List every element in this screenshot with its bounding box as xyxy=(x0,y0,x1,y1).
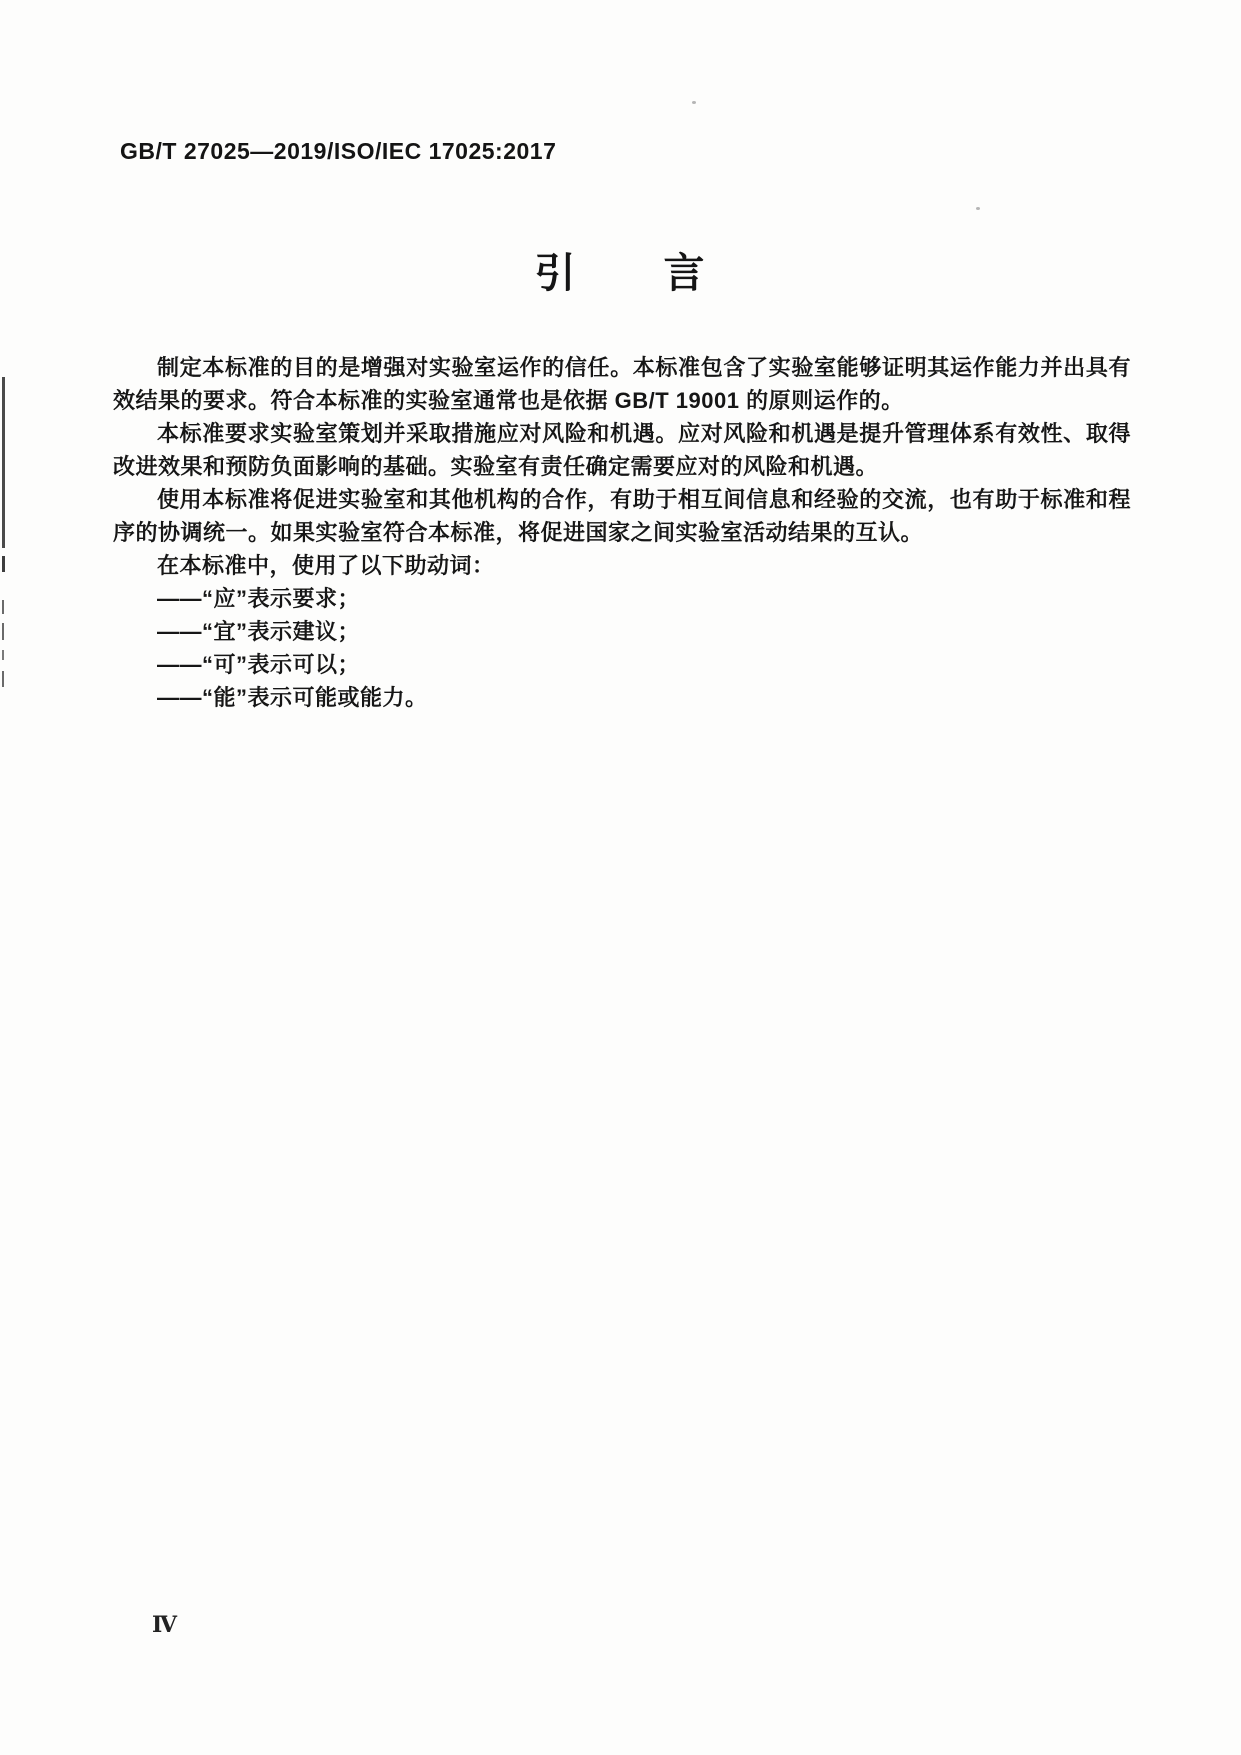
scan-artifact-speck xyxy=(692,101,696,104)
scan-artifact-dash xyxy=(2,650,4,660)
scan-artifact-dash xyxy=(2,671,4,687)
list-item: ——“宜”表示建议； xyxy=(113,615,1131,648)
scan-artifact-dash xyxy=(2,623,4,640)
scan-artifact-binding-line xyxy=(2,377,5,548)
paragraph: 在本标准中，使用了以下助动词： xyxy=(113,549,1131,582)
scan-artifact-dash xyxy=(2,556,5,572)
paragraph: 使用本标准将促进实验室和其他机构的合作，有助于相互间信息和经验的交流，也有助于标… xyxy=(113,483,1131,549)
list-item: ——“可”表示可以； xyxy=(113,648,1131,681)
list-item: ——“应”表示要求； xyxy=(113,582,1131,615)
standard-number-header: GB/T 27025—2019/ISO/IEC 17025:2017 xyxy=(120,138,556,165)
document-page: GB/T 27025—2019/ISO/IEC 17025:2017 引 言 制… xyxy=(0,0,1241,1755)
page-title: 引 言 xyxy=(0,240,1241,299)
paragraph: 制定本标准的目的是增强对实验室运作的信任。本标准包含了实验室能够证明其运作能力并… xyxy=(113,351,1131,417)
scan-artifact-dash xyxy=(2,600,4,614)
list-item: ——“能”表示可能或能力。 xyxy=(113,681,1131,714)
page-number: Ⅳ xyxy=(152,1612,177,1638)
scan-artifact-speck xyxy=(976,207,980,210)
paragraph: 本标准要求实验室策划并采取措施应对风险和机遇。应对风险和机遇是提升管理体系有效性… xyxy=(113,417,1131,483)
body-text-block: 制定本标准的目的是增强对实验室运作的信任。本标准包含了实验室能够证明其运作能力并… xyxy=(113,351,1131,714)
